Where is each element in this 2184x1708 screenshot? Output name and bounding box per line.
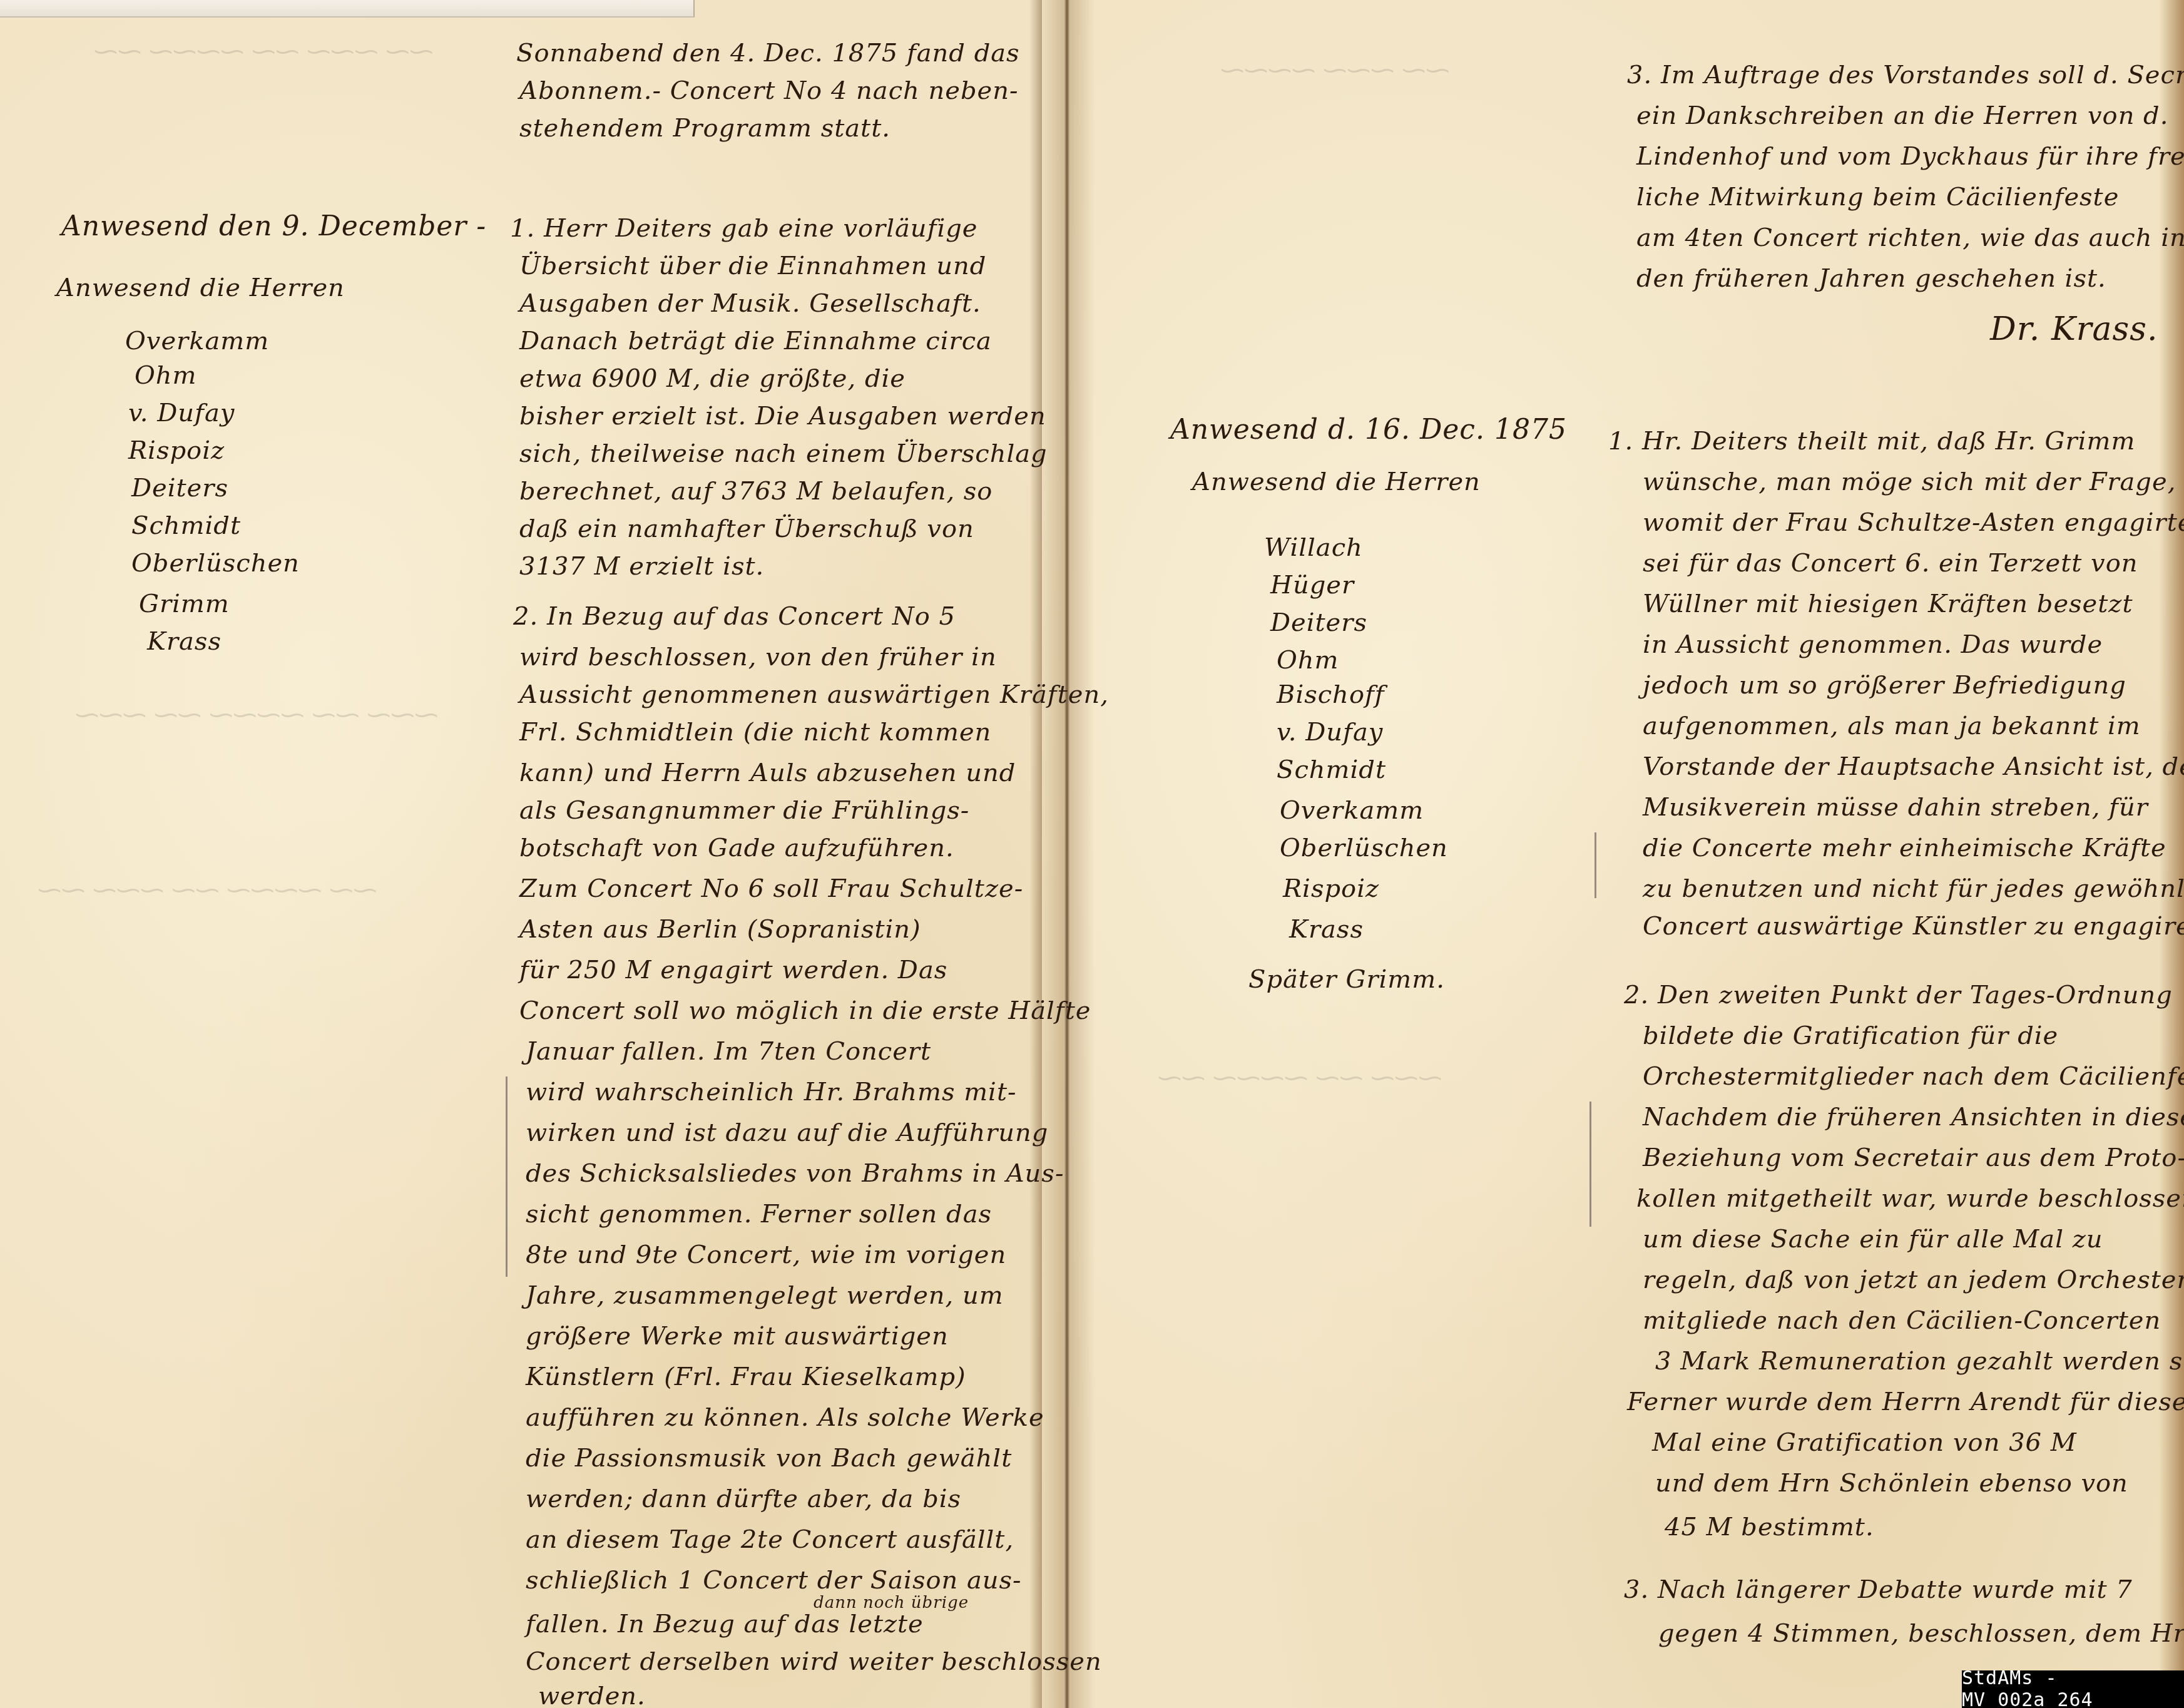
item1-line: daß ein namhafter Überschuß von [519, 516, 974, 541]
pencil-margin-mark [506, 1076, 508, 1277]
attendee-name: v. Dufay [1277, 720, 1383, 745]
attendee-name: Bischoff [1277, 682, 1385, 707]
pencil-margin-mark [1590, 1102, 1591, 1227]
bleed-through-text: ⁓⁓ ⁓⁓⁓ ⁓⁓⁓⁓ [1220, 56, 1449, 84]
item3-line: 3. Nach längerer Debatte wurde mit 7 [1624, 1577, 2133, 1602]
attendee-name: Deiters [131, 476, 228, 501]
paper-strip [0, 0, 695, 18]
attendee-name: Overkamm [1280, 798, 1424, 823]
attendee-name: Schmidt [1277, 757, 1386, 782]
item1-line: sei für das Concert 6. ein Terzett von [1643, 551, 2138, 576]
item1-line: aufgenommen, als man ja bekannt im [1643, 713, 2141, 739]
attendee-name: Ohm [135, 363, 196, 388]
item2-line: kann) und Herrn Auls abzusehen und [519, 760, 1016, 785]
item2-line: Ferner wurde dem Herrn Arendt für dieses [1627, 1389, 2184, 1414]
item1-line: sich, theilweise nach einem Überschlag [519, 441, 1048, 466]
minutes-intro-line: stehendem Programm statt. [519, 116, 890, 141]
item2-line: um diese Sache ein für alle Mal zu [1643, 1227, 2103, 1252]
archive-caption: StdAMs - MV_002a_264 [1962, 1670, 2184, 1708]
bleed-through-text: ⁓⁓⁓ ⁓⁓ ⁓⁓⁓⁓ ⁓⁓ [1158, 1064, 1442, 1092]
pencil-margin-mark [1595, 832, 1596, 898]
attendee-name: Krass [1289, 917, 1364, 942]
item2-line: Orchestermitglieder nach dem Cäcilienfes… [1643, 1064, 2184, 1089]
item2-line: für 250 M engagirt werden. Das [519, 958, 947, 983]
item3-line: Lindenhof und vom Dyckhaus für ihre freu… [1636, 144, 2184, 169]
attendee-name: Rispoiz [1283, 876, 1379, 901]
attendee-name: Oberlüschen [131, 551, 300, 576]
item2-line: 2. In Bezug auf das Concert No 5 [513, 604, 956, 629]
item1-line: 1. Herr Deiters gab eine vorläufige [510, 216, 978, 241]
item1-line: in Aussicht genommen. Das wurde [1643, 632, 2103, 657]
item2-line: fallen. In Bezug auf das letzte [526, 1612, 924, 1637]
item1-line: womit der Frau Schultze-Asten engagirte [1643, 510, 2184, 535]
attendee-name: Schmidt [131, 513, 241, 538]
attendee-name: Hüger [1270, 573, 1354, 598]
attendance-heading: Anwesend den 9. December - [61, 213, 486, 240]
item2-line: und dem Hrn Schönlein ebenso von [1655, 1471, 2128, 1496]
item2-line: Mal eine Gratification von 36 M [1652, 1430, 2077, 1455]
item2-line: Nachdem die früheren Ansichten in dieser [1643, 1105, 2184, 1130]
item2-line: schließlich 1 Concert der Saison aus- [526, 1568, 1022, 1593]
item1-line: wünsche, man möge sich mit der Frage, [1643, 469, 2176, 494]
item1-line: zu benutzen und nicht für jedes gewöhnli… [1643, 876, 2184, 901]
item2-line: die Passionsmusik von Bach gewählt [526, 1446, 1012, 1471]
attendance-subheading: Anwesend die Herren [1192, 469, 1481, 494]
item2-line: an diesem Tage 2te Concert ausfällt, [526, 1527, 1014, 1552]
bleed-through-text: ⁓⁓⁓ ⁓⁓ ⁓⁓⁓⁓ ⁓⁓ ⁓⁓⁓ [75, 701, 438, 729]
item1-line: etwa 6900 M, die größte, die [519, 366, 906, 391]
attendee-name: Grimm [139, 591, 230, 616]
minutes-intro-line: Sonnabend den 4. Dec. 1875 fand das [516, 41, 1020, 66]
item2-line: 2. Den zweiten Punkt der Tages-Ordnung [1624, 983, 2173, 1008]
item1-line: Ausgaben der Musik. Gesellschaft. [519, 291, 981, 316]
item1-line: berechnet, auf 3763 M belaufen, so [519, 479, 992, 504]
item2-line: wird wahrscheinlich Hr. Brahms mit- [526, 1080, 1016, 1105]
item2-line: des Schicksalsliedes von Brahms in Aus- [526, 1161, 1064, 1186]
attendee-name: Rispoiz [128, 438, 225, 463]
attendance-heading: Anwesend d. 16. Dec. 1875 [1170, 416, 1567, 444]
book-gutter [1039, 0, 1095, 1708]
item2-line: Aussicht genommenen auswärtigen Kräften, [519, 682, 1109, 707]
item2-line: 3 Mark Remuneration gezahlt werden solle… [1655, 1349, 2184, 1374]
item3-line: am 4ten Concert richten, wie das auch in [1636, 225, 2184, 250]
item2-line: Januar fallen. Im 7ten Concert [526, 1039, 931, 1064]
item2-line: aufführen zu können. Als solche Werke [526, 1405, 1044, 1430]
item1-line: Übersicht über die Einnahmen und [519, 253, 986, 279]
item1-line: jedoch um so größerer Befriedigung [1643, 673, 2126, 698]
minutes-intro-line: Abonnem.- Concert No 4 nach neben- [519, 78, 1019, 103]
item1-line: Wüllner mit hiesigen Kräften besetzt [1643, 591, 2133, 616]
item2-line: mitgliede nach den Cäcilien-Concerten [1643, 1308, 2161, 1333]
item2-line: als Gesangnummer die Frühlings- [519, 798, 969, 823]
item2-line: größere Werke mit auswärtigen [526, 1324, 949, 1349]
bleed-through-text: ⁓⁓ ⁓⁓⁓⁓ ⁓⁓ ⁓⁓⁓ ⁓⁓ [38, 876, 377, 904]
item1-line: 1. Hr. Deiters theilt mit, daß Hr. Grimm [1608, 429, 2135, 454]
book-spread: ⁓⁓ ⁓⁓⁓ ⁓⁓ ⁓⁓⁓⁓ ⁓⁓ ⁓⁓⁓ ⁓⁓ ⁓⁓⁓⁓ ⁓⁓ ⁓⁓⁓ ⁓⁓ … [0, 0, 2184, 1708]
attendee-name: Krass [147, 629, 222, 654]
secretary-signature: Dr. Krass. [1990, 313, 2158, 345]
item2-line: regeln, daß von jetzt an jedem Orchester… [1643, 1267, 2184, 1292]
item2-line: 45 M bestimmt. [1665, 1515, 1874, 1540]
attendee-name: Oberlüschen [1280, 836, 1448, 861]
item3-line: liche Mitwirkung beim Cäcilienfeste [1636, 185, 2119, 210]
item2-line: kollen mitgetheilt war, wurde beschlosse… [1636, 1186, 2184, 1211]
item2-line: 8te und 9te Concert, wie im vorigen [526, 1242, 1006, 1267]
item3-line: 3. Im Auftrage des Vorstandes soll d. Se… [1627, 63, 2184, 88]
attendance-closing: Später Grimm. [1248, 967, 1445, 992]
item2-line: wird beschlossen, von den früher in [519, 645, 997, 670]
item2-line: Concert derselben wird weiter beschlosse… [526, 1649, 1102, 1674]
item2-line: botschaft von Gade aufzuführen. [519, 836, 954, 861]
attendance-subheading: Anwesend die Herren [56, 275, 345, 300]
attendee-name: Willach [1264, 535, 1363, 560]
item2-line: werden. [538, 1684, 646, 1708]
item2-line: Beziehung vom Secretair aus dem Proto- [1643, 1145, 2184, 1170]
bleed-through-text: ⁓⁓ ⁓⁓⁓ ⁓⁓ ⁓⁓⁓⁓ ⁓⁓ [94, 38, 433, 65]
item2-line: Zum Concert No 6 soll Frau Schultze- [519, 876, 1023, 901]
item2-insertion: dann noch übrige [814, 1595, 969, 1611]
item2-line: wirken und ist dazu auf die Aufführung [526, 1120, 1048, 1145]
attendee-name: Deiters [1270, 610, 1367, 635]
item1-line: Concert auswärtige Künstler zu engagiren… [1643, 914, 2184, 939]
attendee-name: v. Dufay [128, 401, 235, 426]
item2-line: Frl. Schmidtlein (die nicht kommen [519, 720, 991, 745]
item2-line: sicht genommen. Ferner sollen das [526, 1202, 992, 1227]
item1-line: Danach beträgt die Einnahme circa [519, 329, 992, 354]
item2-line: Concert soll wo möglich in die erste Häl… [519, 998, 1091, 1023]
item2-line: Asten aus Berlin (Sopranistin) [519, 917, 921, 942]
item3-line: den früheren Jahren geschehen ist. [1636, 266, 2106, 291]
item2-line: Jahre, zusammengelegt werden, um [526, 1283, 1004, 1308]
attendee-name: Ohm [1277, 648, 1339, 673]
attendee-name: Overkamm [125, 329, 269, 354]
item1-line: bisher erzielt ist. Die Ausgaben werden [519, 404, 1046, 429]
item1-line: Vorstande der Hauptsache Ansicht ist, de… [1643, 754, 2184, 779]
item2-line: werden; dann dürfte aber, da bis [526, 1486, 961, 1511]
item1-line: Musikverein müsse dahin streben, für [1643, 795, 2148, 820]
item3-line: ein Dankschreiben an die Herren von d. [1636, 103, 2168, 128]
item2-line: Künstlern (Frl. Frau Kieselkamp) [526, 1364, 966, 1389]
item1-line: 3137 M erzielt ist. [519, 554, 764, 579]
item3-line: gegen 4 Stimmen, beschlossen, dem Hrn. [1658, 1621, 2184, 1646]
item2-line: bildete die Gratification für die [1643, 1023, 2058, 1048]
item1-line: die Concerte mehr einheimische Kräfte [1643, 836, 2166, 861]
